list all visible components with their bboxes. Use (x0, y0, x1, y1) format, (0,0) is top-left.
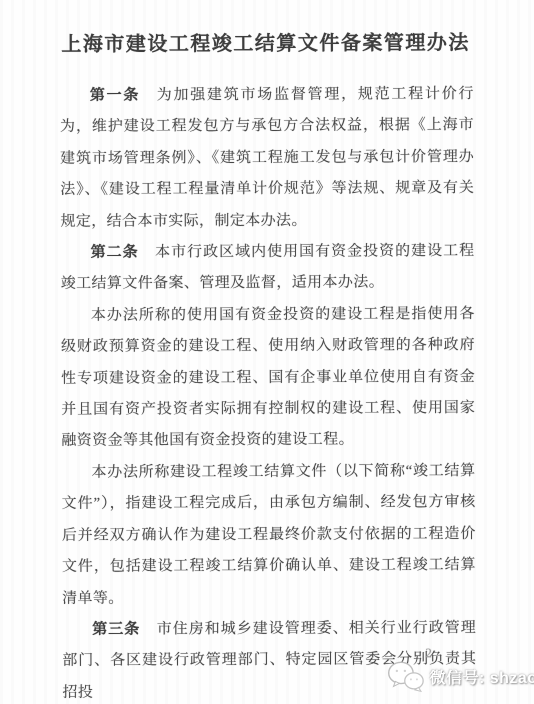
paragraph-text: 为加强建筑市场监督管理，规范工程计价行为，维护建设工程发包方与承包方合法权益，根… (60, 86, 474, 229)
paragraph-text: 本办法所称建设工程竣工结算文件（以下简称“竣工结算文件”），指建设工程完成后，由… (62, 463, 476, 606)
page-number: 2 (425, 645, 432, 661)
article-number: 第三条 (92, 621, 140, 637)
paragraph: 第一条为加强建筑市场监督管理，规范工程计价行为，维护建设工程发包方与承包方合法权… (60, 79, 475, 238)
document-title: 上海市建设工程竣工结算文件备案管理办法 (0, 0, 533, 57)
paragraph: 第二条本市行政区域内使用国有资金投资的建设工程竣工结算文件备案、管理及监督，适用… (61, 236, 475, 301)
paragraph-text: 本办法所称的使用国有资金投资的建设工程是指使用各级财政预算资金的建设工程、使用纳… (61, 306, 475, 449)
document-content: 上海市建设工程竣工结算文件备案管理办法 第一条为加强建筑市场监督管理，规范工程计… (0, 0, 534, 704)
article-number: 第二条 (91, 245, 139, 261)
wechat-id-label: 微信号: shzaojia (429, 664, 534, 688)
wechat-icon (387, 660, 424, 692)
paragraph: 本办法所称的使用国有资金投资的建设工程是指使用各级财政预算资金的建设工程、使用纳… (61, 299, 476, 458)
document-body: 第一条为加强建筑市场监督管理，规范工程计价行为，维护建设工程发包方与承包方合法权… (60, 79, 477, 704)
scanned-document-page: 上海市建设工程竣工结算文件备案管理办法 第一条为加强建筑市场监督管理，规范工程计… (0, 0, 534, 704)
wechat-watermark: 微信号: shzaojia (387, 660, 534, 693)
paragraph: 本办法所称建设工程竣工结算文件（以下简称“竣工结算文件”），指建设工程完成后，由… (61, 456, 476, 615)
article-number: 第一条 (90, 88, 140, 104)
